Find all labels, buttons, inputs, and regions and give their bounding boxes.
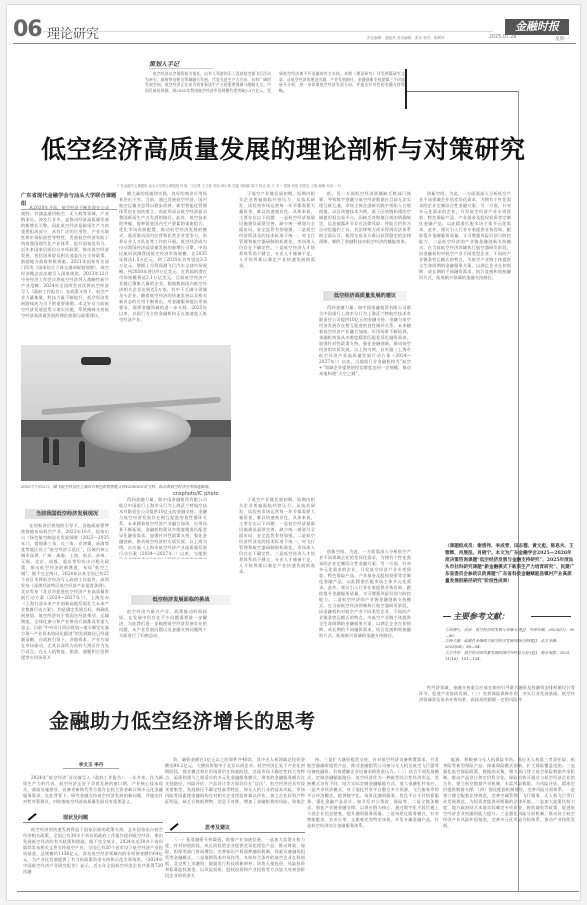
reference-item: ①刘春红，武启．低空经济的发展与金融支持[J]．中国金融，2025(07)：95… (445, 627, 575, 638)
frame-connector-line (407, 91, 519, 92)
challenges-text: 低空经济为新兴产业，政策推动时间较短，在发展中仍存在不少问题需要进一步解决，为此… (119, 609, 207, 683)
research-team-note: （课题组成员：谢清伟、李成青、田志德、黄文彪、陈思夫、王雅辉、肖展泓、肖晓宁。本… (445, 543, 575, 585)
evtol-aircraft-photo (21, 345, 231, 481)
article2-author: 李文玉 李丹 (63, 762, 119, 769)
article1-column-5: 创新空间。为此，一方面需深入分析低空产业不同领域企业的差异化需求，为拥有个性化需… (419, 191, 511, 537)
section-heading-status: 现状及问题 (23, 813, 163, 823)
person-figure (43, 437, 49, 463)
page-number: 06 (13, 19, 42, 41)
aircraft-body (81, 407, 191, 453)
drone-shape (81, 357, 111, 365)
status-text: 在国家顶层规划的引导下，各地政府紧锣密鼓地布局低空产业。2023年10月，国家出… (21, 523, 109, 683)
article1-column-4c: 创新空间。为此，一方面需深入分析低空产业不同领域企业的差异化需求，为拥有个性化需… (319, 549, 411, 683)
section-title: 理论研究 (47, 23, 99, 42)
subhead-suggestions: 低空经济高质量发展的建议 (323, 291, 407, 301)
reference-item: ②杨丰源．政策性金融助力低空经济发展的路径初探[J]．北方金融，2025(04)… (445, 638, 575, 649)
refs-divider-right (531, 616, 571, 617)
article1-column-4: 低，另一方面低空经济领域缺乏跨部门统筹，导致数字金融与低空经济数据在目前无法实现… (319, 191, 411, 287)
article2-suggestions: （一）拓宽融资支持渠道，助推产业加速发展。一是加大信贷支持力度，针对初创阶段、成… (165, 837, 305, 889)
editor-credits: 责任编辑：谢振昌 美术编辑：张乐 校对：陈利军 (367, 36, 445, 41)
bottom-frame-line (17, 891, 579, 892)
article2-column-4: 能源，积极参与无人机保险市场，推出无人机第三者责任险、机身险等新型保险产品，探索… (443, 757, 575, 889)
photo-caption: 2025年7月22日，峰飞航空科技在上海向合利包租赁智能支持V2000CG试飞机… (21, 484, 231, 490)
section-heading-suggestions: 思考及建议 (165, 823, 305, 833)
header-thin-rule (43, 31, 493, 32)
section-heading-label: 思考及建议 (205, 825, 230, 831)
refs-divider-left (443, 616, 451, 617)
article2-intro: 2024年“低空经济”首次被写入《政府工作报告》，一年多来，作为新质生产力的代表… (23, 775, 163, 809)
article1-headline: 低空经济高质量发展的理论剖析与对策研究 (41, 135, 526, 165)
references-list: ①刘春红，武启．低空经济的发展与金融支持[J]．中国金融，2025(07)：95… (445, 627, 575, 661)
article1-byline: 广东金融学会课题组 汕头大学联合课题组 执笔：王启贤 王文斌 李旭 林小燕 关键… (117, 183, 517, 188)
pen-icon (28, 813, 37, 821)
planner-note-body: 低空经济以空域资源为依托，以有人驾驶和无人驾驶航空器飞行活动为牵引，辐射带动相关… (145, 71, 405, 111)
issue-date: 2025.07.28 (489, 35, 516, 40)
pen-icon (170, 823, 179, 831)
article1-column-2: 模大量的探索和实践，良好的商业应用场景层出不穷。当前，通过发展低空经济，国内航空… (119, 191, 207, 339)
article2-headline: 金融助力低空经济增长的思考 (49, 705, 316, 734)
article1-column-4b: 得到金融力量，如中国金融租赁有限公司联合中国银行上海市分行为上海沃兰特航空技术有… (319, 305, 411, 543)
planner-note-title: 策划人手记 (149, 59, 213, 69)
subhead-status: 当前我国低空经济发展现况 (25, 509, 109, 519)
article1-column-3: 于低空产业链发展初期，短期内相关企业普遍面临经营压力，从技术研发、试验到市场运营… (239, 191, 315, 481)
article2-column-3: 持。三是扩大融资租赁支持，针对低空经济设备购置需求，开发航空器融资租赁产品，推动… (307, 757, 439, 889)
newspaper-page: 06 理论研究 金融时报 责任编辑：谢振昌 美术编辑：张乐 校对：陈利军 202… (6, 4, 581, 901)
references-title: 主要参考文献： (453, 611, 509, 622)
subhead-challenges: 低空经济发展面临的挑战 (131, 595, 231, 605)
planner-note-accent-bar (405, 69, 407, 109)
masthead-logo: 金融时报 (505, 19, 569, 35)
status-text-cont: 得到金融力量，如中国金融租赁有限公司联合中国银行上海市分行为上海沃兰特航空技术有… (119, 497, 207, 559)
article2-column-2: 资，融资金额在1亿元以上的事件共40次，其中无人机领域总投资金额达80.2亿元，… (165, 757, 305, 805)
article1-column-3b: 于低空产业链发展初期，短期内相关企业普遍面临经营压力，从技术研发、试验到市场运营… (239, 497, 315, 683)
person-figure (53, 439, 59, 465)
header-rule (13, 43, 576, 44)
section-heading-label: 现状及问题 (63, 815, 88, 821)
reference-item: ③王许明．低空经济高质量发展的国内外经验与启示[J]．商业观察，2025，11(… (445, 650, 575, 661)
issue-weekday: 星期一 (555, 35, 569, 42)
person-figure (79, 441, 85, 467)
article2-section1-text: 低空经济的快速发展得益于国家层面的政策支持。去年国家出台低空经济相关政策，全国已… (23, 827, 163, 889)
right-column-tail: 性经济领域，金融支持重点应放在如何引导联合融资及投融资安排机制设计等环节，促进产… (419, 685, 575, 721)
article1-intro: 从2020年开始，低空经济不断出现在公众视野，其涵盖通用航空、无人机等领域，产业… (21, 205, 109, 339)
